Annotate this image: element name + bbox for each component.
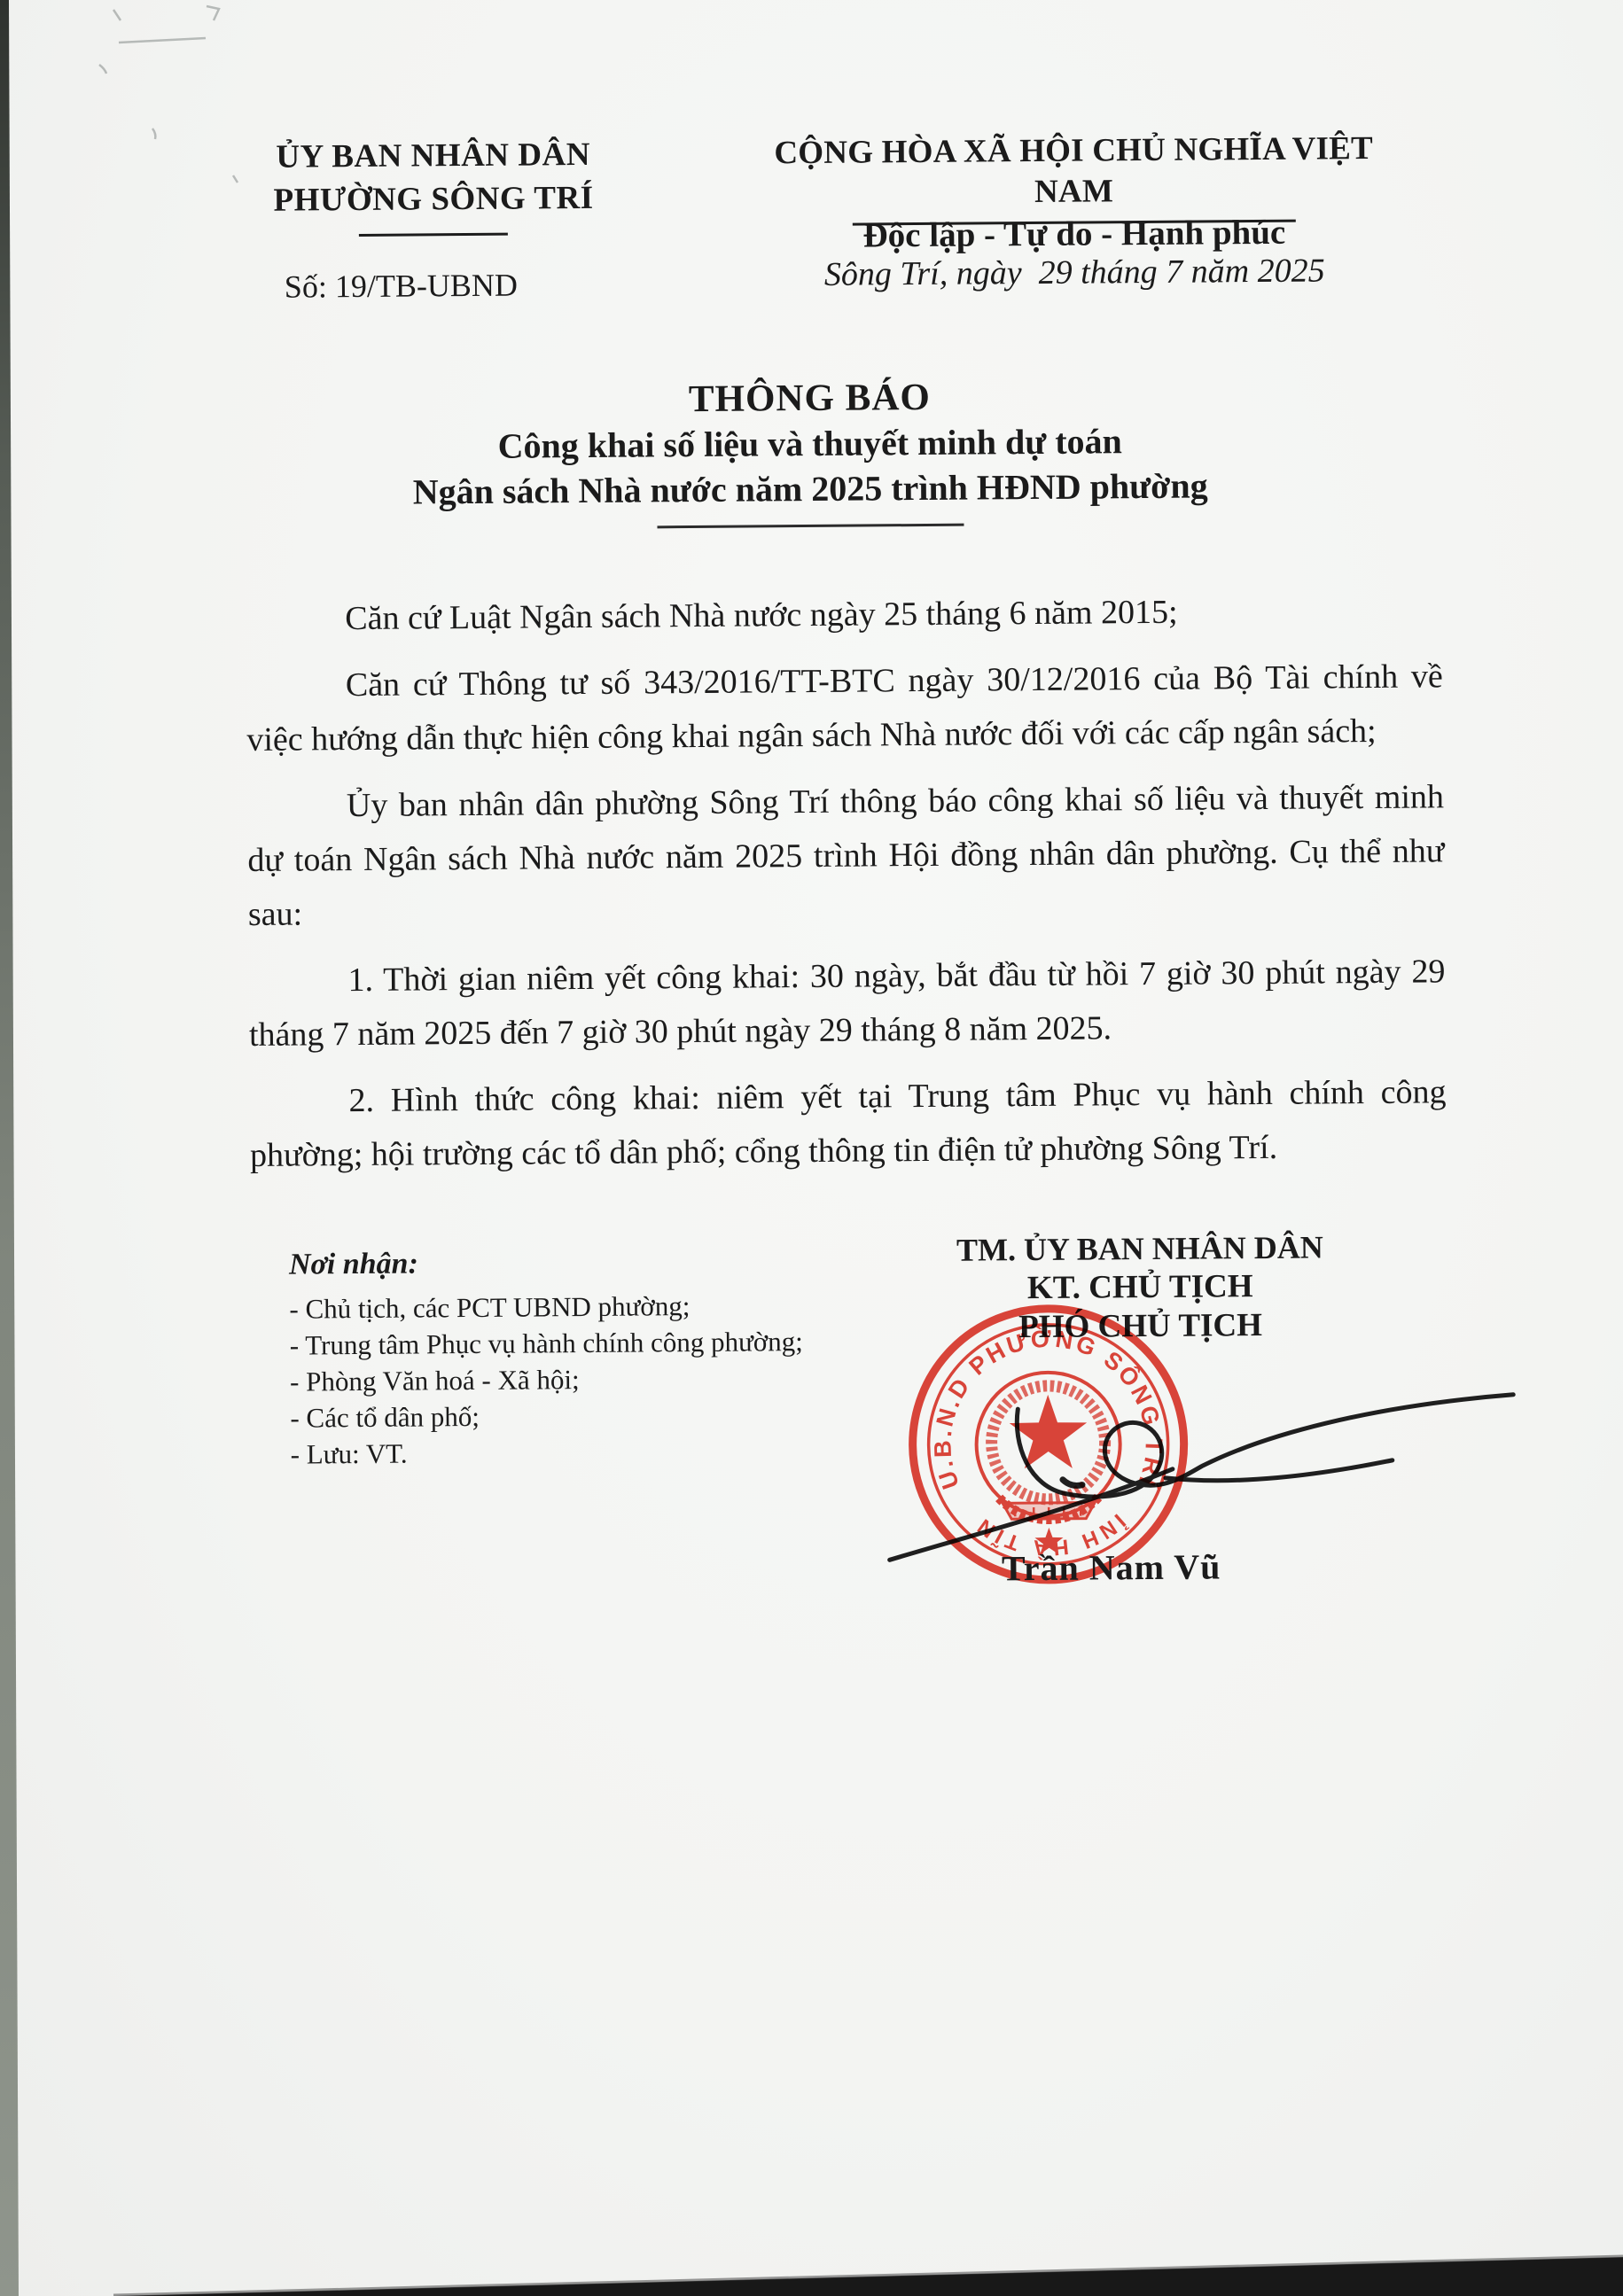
body-paragraph: Ủy ban nhân dân phường Sông Trí thông bá…	[247, 770, 1445, 942]
issuing-org-block: ỦY BAN NHÂN DÂN PHƯỜNG SÔNG TRÍ	[222, 132, 644, 222]
document-type-title: THÔNG BÁO	[348, 372, 1270, 424]
org-underline-rule	[359, 233, 508, 237]
org-name-line2: PHƯỜNG SÔNG TRÍ	[222, 175, 644, 222]
document-number: Số: 19/TB-UBND	[241, 266, 560, 306]
signer-name: Trần Nam Vũ	[925, 1545, 1298, 1590]
national-motto-line2: Độc lập - Tự do - Hạnh phúc	[764, 212, 1385, 257]
recipient-item: - Phòng Văn hoá - Xã hội;	[290, 1359, 857, 1400]
body-paragraph: 2. Hình thức công khai: niêm yết tại Tru…	[249, 1065, 1447, 1183]
scanned-document: { "header": { "org_line1": "ỦY BAN NHÂN …	[0, 0, 1623, 2296]
recipients-label: Nơi nhận:	[289, 1244, 856, 1282]
recipient-item: - Chủ tịch, các PCT UBND phường;	[289, 1287, 856, 1327]
org-name-line1: ỦY BAN NHÂN DÂN	[222, 132, 644, 179]
title-subtitle-line2: Ngân sách Nhà nước năm 2025 trình HĐND p…	[349, 463, 1271, 515]
document-body: Căn cứ Luật Ngân sách Nhà nước ngày 25 t…	[246, 583, 1447, 1195]
title-subtitle-line1: Công khai số liệu và thuyết minh dự toán	[349, 417, 1271, 470]
recipients-block: Nơi nhận: - Chủ tịch, các PCT UBND phườn…	[289, 1244, 858, 1473]
national-header-block: CỘNG HÒA XÃ HỘI CHỦ NGHĨA VIỆT NAM Độc l…	[763, 128, 1385, 257]
place-and-date-line: Sông Trí, ngày 29 tháng 7 năm 2025	[764, 251, 1385, 294]
recipient-item: - Trung tâm Phục vụ hành chính công phườ…	[290, 1323, 857, 1364]
on-behalf-line: TM. ỦY BAN NHÂN DÂN	[852, 1227, 1428, 1271]
recipient-item: - Lưu: VT.	[291, 1432, 858, 1473]
recipient-item: - Các tổ dân phố;	[290, 1396, 857, 1436]
title-separator-rule	[657, 524, 964, 529]
body-paragraph: 1. Thời gian niêm yết công khai: 30 ngày…	[248, 945, 1446, 1062]
document-content: ỦY BAN NHÂN DÂN PHƯỜNG SÔNG TRÍ Số: 19/T…	[0, 0, 1623, 2296]
document-title-block: THÔNG BÁO Công khai số liệu và thuyết mi…	[348, 372, 1271, 515]
body-paragraph: Căn cứ Luật Ngân sách Nhà nước ngày 25 t…	[246, 583, 1442, 647]
national-motto-line1: CỘNG HÒA XÃ HỘI CHỦ NGHĨA VIỆT NAM	[763, 128, 1385, 214]
paper-background: ỦY BAN NHÂN DÂN PHƯỜNG SÔNG TRÍ Số: 19/T…	[0, 0, 1623, 2296]
body-paragraph: Căn cứ Thông tư số 343/2016/TT-BTC ngày …	[246, 650, 1444, 767]
